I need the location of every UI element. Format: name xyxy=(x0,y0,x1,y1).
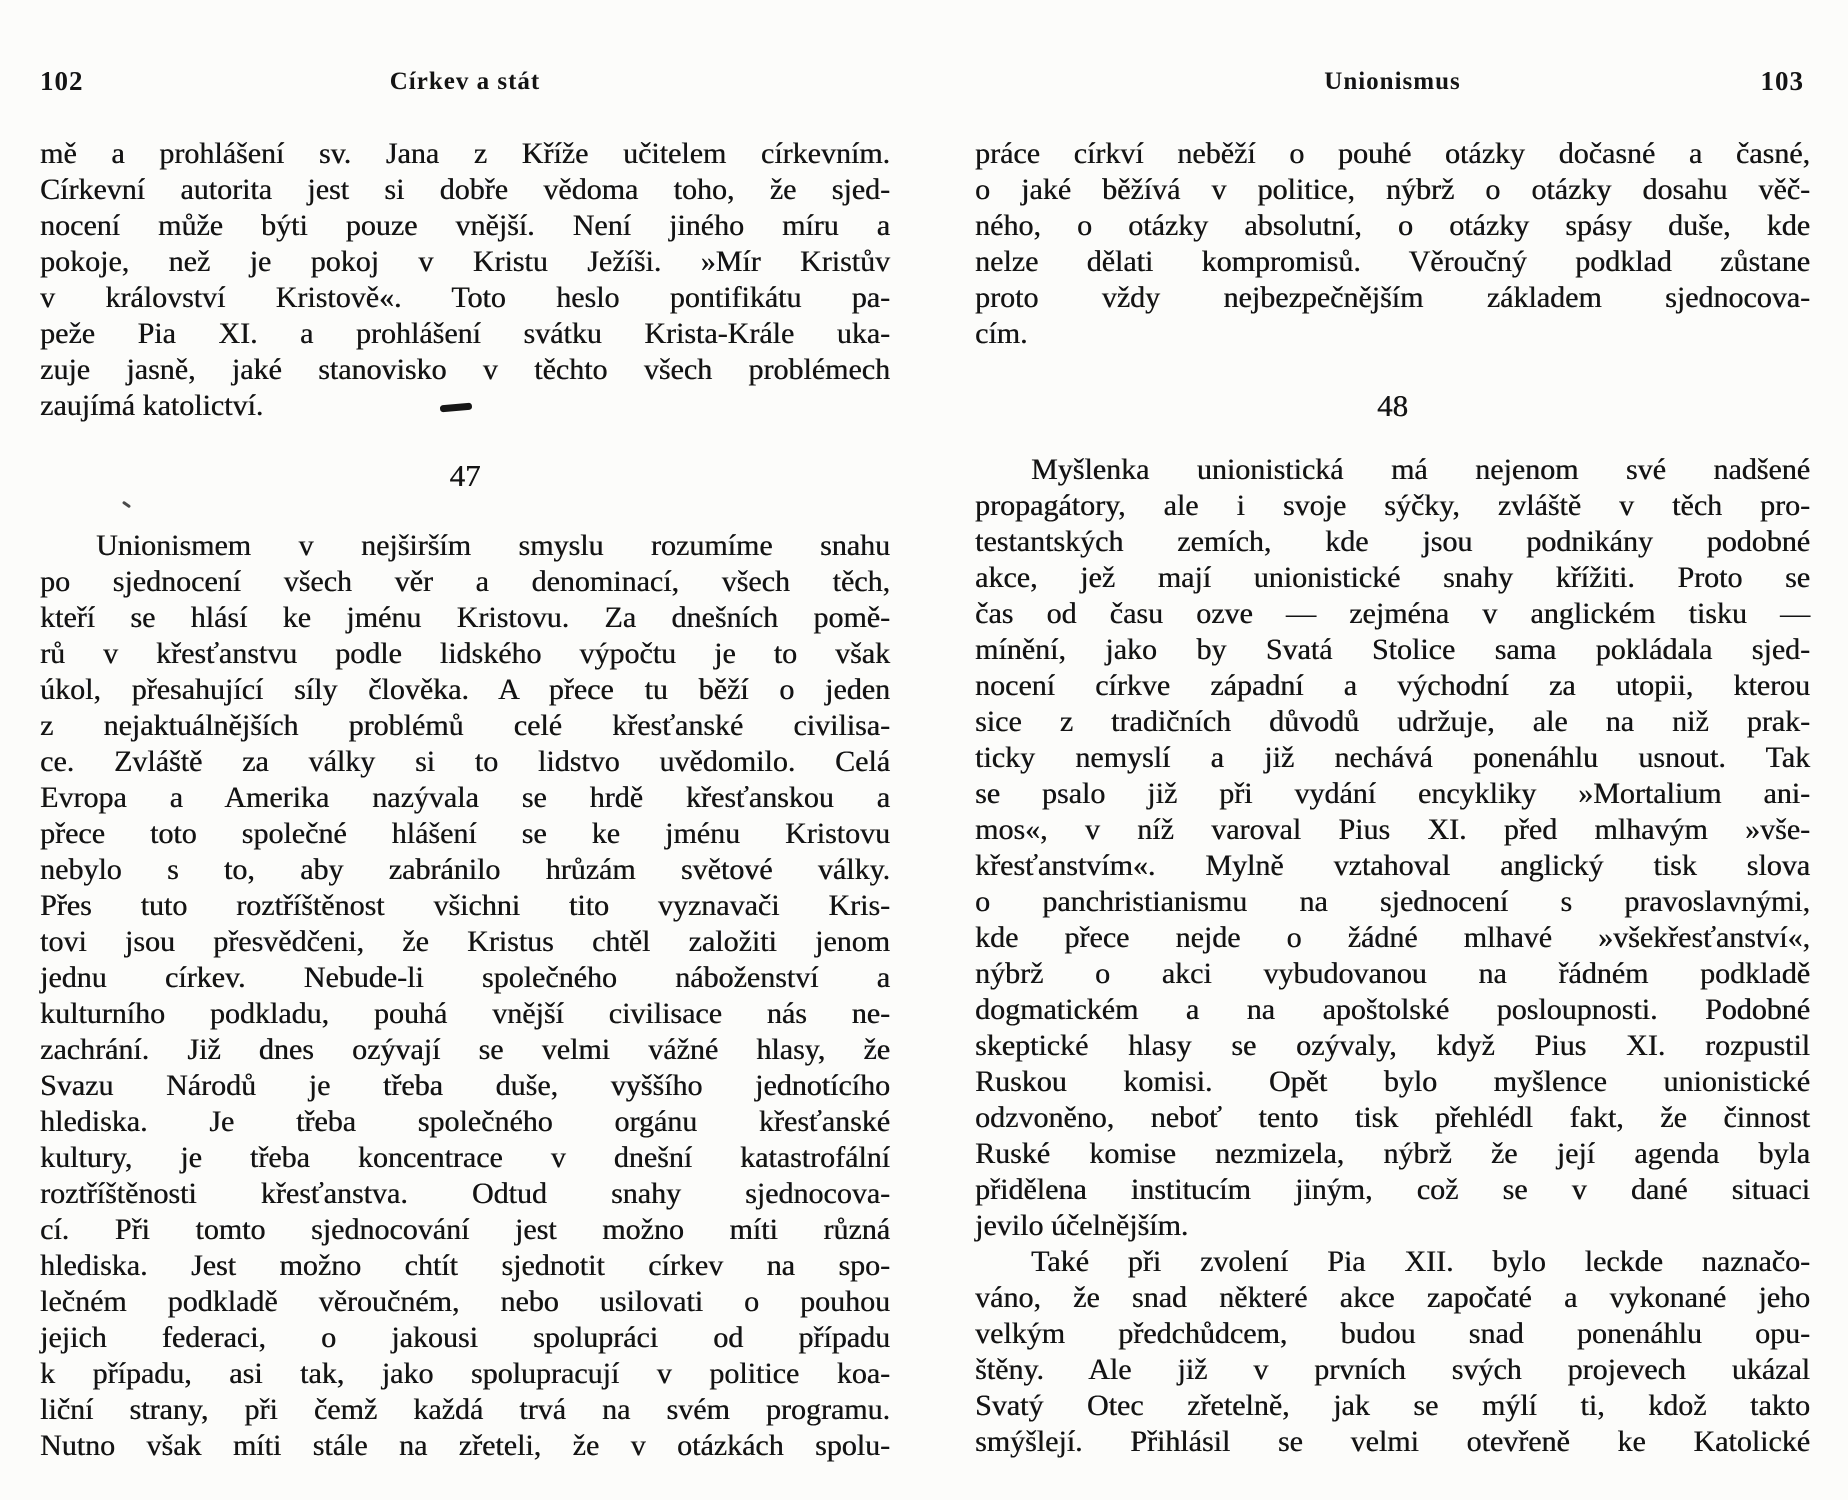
text-line: se psalo již při vydání encykliky »Morta… xyxy=(975,776,1810,812)
text-line: přece toto společné hlášení se ke jménu … xyxy=(40,816,890,852)
section-paragraph: Také při zvolení Pia XII. bylo leckde na… xyxy=(975,1244,1810,1460)
text-line: jednu církev. Nebude-li společného nábož… xyxy=(40,960,890,996)
text-line: velkým předchůdcem, budou snad ponenáhlu… xyxy=(975,1316,1810,1352)
text-line: cí. Při tomto sjednocování jest možno mí… xyxy=(40,1212,890,1248)
paragraph-last-line: cím. xyxy=(975,316,1810,352)
text-line: přidělena institucím jiným, což se v dan… xyxy=(975,1172,1810,1208)
text-line: k případu, asi tak, jako spolupracují v … xyxy=(40,1356,890,1392)
text-line: mínění, jako by Svatá Stolice sama poklá… xyxy=(975,632,1810,668)
section-number-47: 47 xyxy=(40,458,890,494)
text-line: Nutno však míti stále na zřeteli, že v o… xyxy=(40,1428,890,1464)
section-paragraph: Myšlenka unionistická má nejenom své nad… xyxy=(975,452,1810,1208)
text-line: pokoje, než je pokoj v Kristu Ježíši. »M… xyxy=(40,244,890,280)
paragraph-continuation: mě a prohlášení sv. Jana z Kříže učitele… xyxy=(40,136,890,388)
text-line: rů v křesťanstvu podle lidského výpočtu … xyxy=(40,636,890,672)
text-line: ného, o otázky absolutní, o otázky spásy… xyxy=(975,208,1810,244)
text-line: hlediska. Je třeba společného orgánu kře… xyxy=(40,1104,890,1140)
page-header-right: Unionismus 103 xyxy=(975,66,1810,100)
text-line: odzvoněno, neboť tento tisk přehlédl fak… xyxy=(975,1100,1810,1136)
text-line: nocení může býti pouze vnější. Není jiné… xyxy=(40,208,890,244)
text-line: o panchristianismu na sjednocení s pravo… xyxy=(975,884,1810,920)
text-line: smýšlejí. Přihlásil se velmi otevřeně ke… xyxy=(975,1424,1810,1460)
text-line: skeptické hlasy se ozývaly, když Pius XI… xyxy=(975,1028,1810,1064)
section-paragraph: Unionismem v nejširším smyslu rozumíme s… xyxy=(40,528,890,1464)
text-line: jejich federaci, o jakousi spolupráci od… xyxy=(40,1320,890,1356)
text-line: Myšlenka unionistická má nejenom své nad… xyxy=(975,452,1810,488)
text-line: kteří se hlásí ke jménu Kristovu. Za dne… xyxy=(40,600,890,636)
text-line: nelze dělati kompromisů. Věroučný podkla… xyxy=(975,244,1810,280)
text-line: čas od času ozve — zejména v anglickém t… xyxy=(975,596,1810,632)
text-line: nebylo s to, aby zabránilo hrůzám světov… xyxy=(40,852,890,888)
text-line: sice z tradičních důvodů udržuje, ale na… xyxy=(975,704,1810,740)
page-number-right: 103 xyxy=(1761,66,1805,97)
text-line: lečném podkladě věroučném, nebo usilovat… xyxy=(40,1284,890,1320)
paragraph-continuation: práce církví neběží o pouhé otázky dočas… xyxy=(975,136,1810,316)
text-line: liční strany, při čemž každá trvá na své… xyxy=(40,1392,890,1428)
text-line: práce církví neběží o pouhé otázky dočas… xyxy=(975,136,1810,172)
text-line: štěny. Ale již v prvních svých projevech… xyxy=(975,1352,1810,1388)
running-header-right: Unionismus xyxy=(975,68,1810,96)
text-line: dogmatickém a na apoštolské posloupnosti… xyxy=(975,992,1810,1028)
text-line: ce. Zvláště za války si to lidstvo uvědo… xyxy=(40,744,890,780)
text-line: akce, jež mají unionistické snahy křížit… xyxy=(975,560,1810,596)
text-line: propagátory, ale i svoje sýčky, zvláště … xyxy=(975,488,1810,524)
text-line: zachrání. Již dnes ozývají se velmi vážn… xyxy=(40,1032,890,1068)
text-line: mos«, v níž varoval Pius XI. před mlhavý… xyxy=(975,812,1810,848)
text-line: Církevní autorita jest si dobře vědoma t… xyxy=(40,172,890,208)
text-line: Ruskou komisi. Opět bylo myšlence unioni… xyxy=(975,1064,1810,1100)
text-line: po sjednocení všech věr a denominací, vš… xyxy=(40,564,890,600)
text-line: testantských zemích, kde jsou podnikány … xyxy=(975,524,1810,560)
text-line: hlediska. Jest možno chtít sjednotit cír… xyxy=(40,1248,890,1284)
text-line: Svazu Národů je třeba duše, vyššího jedn… xyxy=(40,1068,890,1104)
text-line: mě a prohlášení sv. Jana z Kříže učitele… xyxy=(40,136,890,172)
text-line: kulturního podkladu, pouhá vnější civili… xyxy=(40,996,890,1032)
page-right: Unionismus 103 práce církví neběží o pou… xyxy=(975,0,1810,1500)
book-spread-scan: 102 Církev a stát mě a prohlášení sv. Ja… xyxy=(0,0,1848,1500)
text-line: ticky nemyslí a již nechává ponenáhlu us… xyxy=(975,740,1810,776)
text-line: proto vždy nejbezpečnějším základem sjed… xyxy=(975,280,1810,316)
text-line: Evropa a Amerika nazývala se hrdě křesťa… xyxy=(40,780,890,816)
text-line: roztříštěnosti křesťanstva. Odtud snahy … xyxy=(40,1176,890,1212)
page-header-left: 102 Církev a stát xyxy=(40,66,890,100)
text-line: Svatý Otec zřetelně, jak se mýlí ti, kdo… xyxy=(975,1388,1810,1424)
running-header-left: Církev a stát xyxy=(40,68,890,96)
text-line: v království Kristově«. Toto heslo ponti… xyxy=(40,280,890,316)
text-line: kde přece nejde o žádné mlhavé »všekřesť… xyxy=(975,920,1810,956)
text-line: kultury, je třeba koncentrace v dnešní k… xyxy=(40,1140,890,1176)
text-line: křesťanstvím«. Mylně vztahoval anglický … xyxy=(975,848,1810,884)
text-line: tovi jsou přesvědčeni, že Kristus chtěl … xyxy=(40,924,890,960)
text-line: nocení církve západní a východní za utop… xyxy=(975,668,1810,704)
paragraph-last-line: jevilo účelnějším. xyxy=(975,1208,1810,1244)
text-line: zuje jasně, jaké stanovisko v těchto vše… xyxy=(40,352,890,388)
text-line: Také při zvolení Pia XII. bylo leckde na… xyxy=(975,1244,1810,1280)
text-line: nýbrž o akci vybudovanou na řádném podkl… xyxy=(975,956,1810,992)
text-line: Unionismem v nejširším smyslu rozumíme s… xyxy=(40,528,890,564)
scan-speck-mark xyxy=(122,501,131,509)
section-number-48: 48 xyxy=(975,388,1810,424)
text-line: Ruské komise nezmizela, nýbrž že její ag… xyxy=(975,1136,1810,1172)
text-line: úkol, přesahující síly člověka. A přece … xyxy=(40,672,890,708)
page-left: 102 Církev a stát mě a prohlášení sv. Ja… xyxy=(40,0,890,1500)
text-line: z nejaktuálnějších problémů celé křesťan… xyxy=(40,708,890,744)
text-line: peže Pia XI. a prohlášení svátku Krista-… xyxy=(40,316,890,352)
text-line: Přes tuto roztříštěnost všichni tito vyz… xyxy=(40,888,890,924)
text-line: o jaké běžívá v politice, nýbrž o otázky… xyxy=(975,172,1810,208)
text-line: váno, že snad některé akce započaté a vy… xyxy=(975,1280,1810,1316)
